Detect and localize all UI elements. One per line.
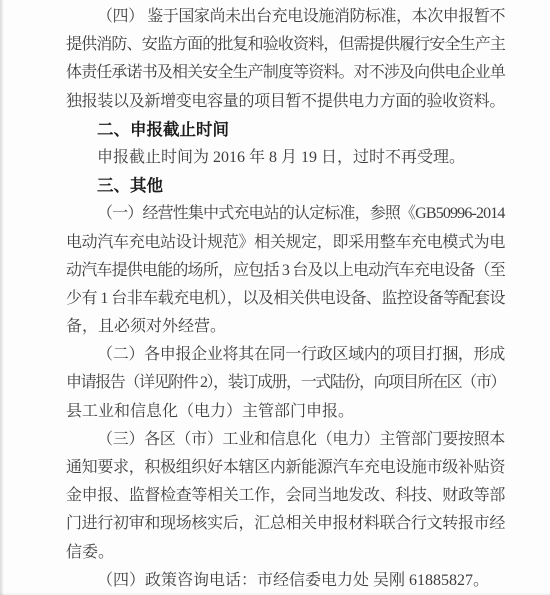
document-text-line: 备，且必须对外经营。 <box>66 313 505 341</box>
document-text-line: 体责任承诺书及相关安全生产制度等资料。对不涉及向供电企业单 <box>66 59 505 87</box>
document-text-line: 提供消防、安监方面的批复和验收资料，但需提供履行安全生产主 <box>66 31 505 59</box>
document-body: （四） 鉴于国家尚未出台充电设施消防标准，本次申报暂不提供消防、安监方面的批复和… <box>66 3 505 595</box>
section-heading: 二、申报截止时间 <box>66 116 505 144</box>
document-text-line: 门进行初审和现场核实后，汇总相关申报材料联合行文转报市经 <box>66 510 505 538</box>
document-text-line: 少有 1 台非车载充电机），以及相关供电设备、监控设备等配套设 <box>66 285 505 313</box>
document-text-line: 通知要求，积极组织好本辖区内新能源汽车充电设施市级补贴资 <box>66 454 505 482</box>
document-text-line: （三）各区（市）工业和信息化（电力）主管部门要按照本 <box>66 426 505 454</box>
document-text-line: 信委。 <box>66 539 505 567</box>
document-text-line: 动汽车提供电能的场所，应包括 3 台及以上电动汽车充电设备（至 <box>66 257 505 285</box>
document-text-line: 申报截止时间为 2016 年 8 月 19 日，过时不再受理。 <box>66 144 505 172</box>
document-text-line: 电动汽车充电站设计规范》相关规定，即采用整车充电模式为电 <box>66 229 505 257</box>
document-text-line: 独报装以及新增变电容量的项目暂不提供电力方面的验收资料。 <box>66 88 505 116</box>
document-text-line: （一）经营性集中式充电站的认定标准，参照《GB50996-2014 <box>66 200 505 228</box>
scan-edge-shadow <box>0 0 4 595</box>
document-text-line: 县工业和信息化（电力）主管部门申报。 <box>66 398 505 426</box>
document-text-line: 金申报、监督检查等相关工作，会同当地发改、科技、财政等部 <box>66 482 505 510</box>
document-text-line: 申请报告（详见附件 2），装订成册，一式陆份，向项目所在区（市） <box>66 369 505 397</box>
section-heading: 三、其他 <box>66 172 505 200</box>
document-text-line: （四）政策咨询电话：市经信委电力处 吴刚 61885827。 <box>66 567 505 595</box>
document-page: （四） 鉴于国家尚未出台充电设施消防标准，本次申报暂不提供消防、安监方面的批复和… <box>0 0 550 595</box>
document-text-line: （二）各申报企业将其在同一行政区域内的项目打捆，形成 <box>66 341 505 369</box>
document-text-line: （四） 鉴于国家尚未出台充电设施消防标准，本次申报暂不 <box>66 3 505 31</box>
